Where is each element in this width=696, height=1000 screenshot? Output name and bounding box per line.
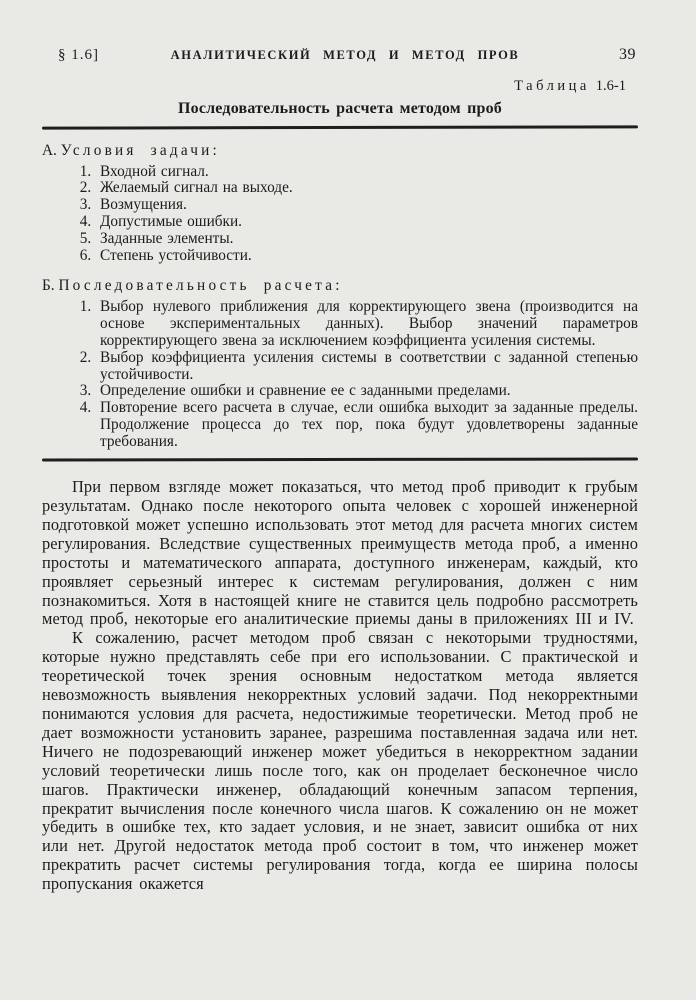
book-page: § 1.6] АНАЛИТИЧЕСКИЙ МЕТОД И МЕТОД ПРОВ …: [0, 0, 696, 1000]
list-item: Выбор коэффициента усиления системы в со…: [96, 350, 638, 384]
table-section-b: Б. Последовательность расчета: Выбор нул…: [42, 277, 638, 450]
horizontal-rule-top: [42, 125, 638, 129]
list-item: Заданные элементы.: [96, 231, 638, 248]
table-title: Последовательность расчета методом проб: [42, 100, 638, 118]
paragraph: К сожалению, расчет методом проб связан …: [42, 629, 638, 894]
table-section-a: А. Условия задачи: Входной сигнал. Желае…: [42, 142, 638, 265]
section-a-title: Условия задачи:: [61, 142, 220, 159]
section-a-heading: А. Условия задачи:: [42, 142, 638, 160]
paragraph: При первом взгляде может показаться, что…: [42, 478, 638, 629]
list-item: Определение ошибки и сравнение ее с зада…: [96, 383, 638, 400]
list-item: Выбор нулевого приближения для корректир…: [96, 299, 638, 349]
running-header: § 1.6] АНАЛИТИЧЕСКИЙ МЕТОД И МЕТОД ПРОВ …: [42, 46, 638, 64]
section-b-heading: Б. Последовательность расчета:: [42, 277, 638, 295]
section-b-letter: Б.: [42, 277, 55, 294]
list-item: Возмущения.: [96, 197, 638, 214]
list-item: Степень устойчивости.: [96, 248, 638, 265]
page-number: 39: [619, 46, 636, 64]
section-a-list: Входной сигнал. Желаемый сигнал на выход…: [42, 164, 638, 265]
text-block: § 1.6] АНАЛИТИЧЕСКИЙ МЕТОД И МЕТОД ПРОВ …: [42, 0, 638, 894]
section-a-letter: А.: [42, 142, 57, 159]
table-label-number: 1.6-1: [596, 78, 626, 94]
section-b-title: Последовательность расчета:: [58, 277, 342, 294]
body-text: При первом взгляде может показаться, что…: [42, 478, 638, 894]
list-item: Входной сигнал.: [96, 164, 638, 181]
running-title: АНАЛИТИЧЕСКИЙ МЕТОД И МЕТОД ПРОВ: [171, 48, 520, 63]
list-item: Желаемый сигнал на выходе.: [96, 180, 638, 197]
horizontal-rule-bottom: [42, 457, 638, 461]
section-reference: § 1.6]: [58, 47, 99, 64]
table-label-word: Таблица: [514, 78, 590, 94]
table-label: Таблица1.6-1: [42, 78, 638, 95]
list-item: Допустимые ошибки.: [96, 214, 638, 231]
list-item: Повторение всего расчета в случае, если …: [96, 400, 638, 450]
section-b-list: Выбор нулевого приближения для корректир…: [42, 299, 638, 450]
